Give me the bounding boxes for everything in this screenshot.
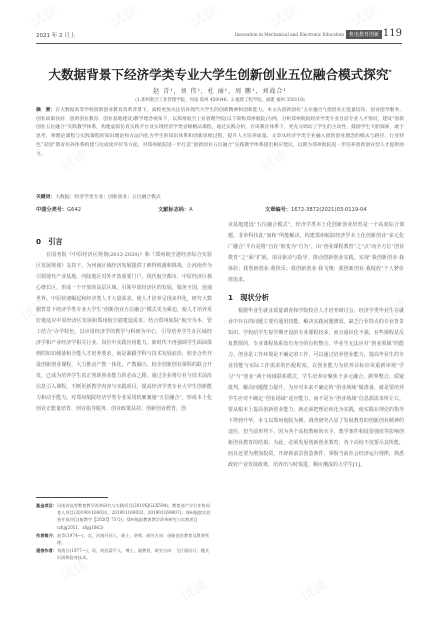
author-bio-text: 赵青(1974—)，女，河南开封人，硕士，讲师，研究方向：创新创业教育及教务管理… (57, 532, 212, 546)
keywords-label: 关键词： (36, 195, 55, 200)
clc-value: G642 (67, 207, 81, 213)
clc-label: 中图分类号： (36, 207, 67, 213)
affiliation: (1.郑州航空工业管理学院，河南 郑州 450046；2.福建工程学院，福建 福… (0, 97, 440, 103)
right-column: 业基地建设“五位融合模式”。经济学类本土化创新创业培育是一个高度综合课题，非单科… (228, 220, 404, 471)
section-1-heading: 1 现状分析 (228, 292, 404, 304)
author-bio-label: 作者简介： (36, 532, 57, 546)
abstract-text: 在大数据高等学校创新创业教育改革背景下，高校更加关注培养现代大学生的创新精神和创… (36, 108, 404, 157)
watermark: 试读 (267, 0, 301, 31)
footnote-divider (36, 497, 108, 498)
footnotes: 基金项目： 河南省高等教育教学改革研究与实践项目(2019SJGLX594)；教… (36, 502, 212, 563)
author-list: 赵 青¹，刘 伟²，杜 丽¹，周 鹏¹，刘战合¹ (0, 86, 440, 95)
author-bio-footnote: 作者简介： 赵青(1974—)，女，河南开封人，硕士，讲师，研究方向：创新创业教… (36, 532, 212, 546)
issue-date: 2021 年 2 月上 (36, 31, 75, 39)
running-header: 2021 年 2 月上 Innovation in Mechanical and… (36, 29, 402, 44)
clc-number: 中图分类号：G642 (36, 206, 81, 213)
fund-text: 河南省高等教育教学改革研究与实践项目(2019SJGLX594)；教育部产学合作… (57, 502, 212, 531)
doc-code-value: A (189, 207, 193, 213)
document-code: 文献标志码：A (158, 206, 193, 213)
fund-footnote: 基金项目： 河南省高等教育教学改革研究与实践项目(2019SJGLX594)；教… (36, 502, 212, 531)
watermark: 试读 (347, 0, 381, 31)
watermark: 试读 (297, 574, 331, 605)
left-column: 0 引言 在国务院《中原经济区规划(2012-2020)》和《郑州航空港经济综合… (36, 236, 212, 415)
page-number: 119 (383, 28, 402, 39)
journal-english-name: Innovation in Mechanical and Electronic … (235, 32, 344, 37)
abstract-label: 摘 要： (36, 108, 55, 113)
article-no-label: 文章编号： (265, 207, 291, 213)
section-0-paragraph: 在国务院《中原经济区规划(2012-2020)》和《郑州航空港经济综合实验区发展… (36, 250, 212, 415)
section-1-paragraph: 根据毕业生就业质量调查和学院校企人才培养研讨会，经济学类毕业生在就业中存在的问题… (228, 306, 404, 471)
watermark: 试读 (187, 0, 221, 31)
article-title: 大数据背景下经济学类专业大学生创新创业五位融合模式探究* (0, 64, 440, 83)
corresponding-author-footnote: 通信作者： 刘战合(1977—)，男，陕西富平人，博士，副教授，研究方向：飞行器… (36, 547, 212, 561)
watermark: 试读 (27, 0, 61, 31)
corresponding-label: 通信作者： (36, 547, 57, 561)
doc-code-label: 文献标志码： (158, 207, 189, 213)
continued-paragraph: 业基地建设“五位融合模式”。经济学类本土化创新创业培育是一个高度综合课题，非单科… (228, 220, 404, 286)
title-footnote-mark: * (388, 69, 391, 76)
corresponding-text: 刘战合(1977—)，男，陕西富平人，博士，副教授，研究方向：飞行器设计，模式识… (57, 547, 212, 561)
article-title-text: 大数据背景下经济学类专业大学生创新创业五位融合模式探究 (48, 67, 388, 82)
keywords: 关键词：大数据；经济学类专业；创新创业；五位融合模式 (36, 193, 404, 200)
abstract: 摘 要：在大数据高等学校创新创业教育改革背景下，高校更加关注培养现代大学生的创新… (36, 107, 404, 159)
watermark: 试读 (107, 0, 141, 31)
fund-label: 基金项目： (36, 502, 57, 531)
article-no-value: 1672-3872(2021)03-0119-04 (291, 207, 367, 213)
watermark: 试读 (177, 574, 211, 605)
keywords-text: 大数据；经济学类专业；创新创业；五位融合模式 (55, 195, 161, 200)
article-number: 文章编号：1672-3872(2021)03-0119-04 (265, 206, 367, 213)
section-0-heading: 0 引言 (36, 236, 212, 248)
journal-badge: 机电教育创新 (346, 30, 382, 39)
